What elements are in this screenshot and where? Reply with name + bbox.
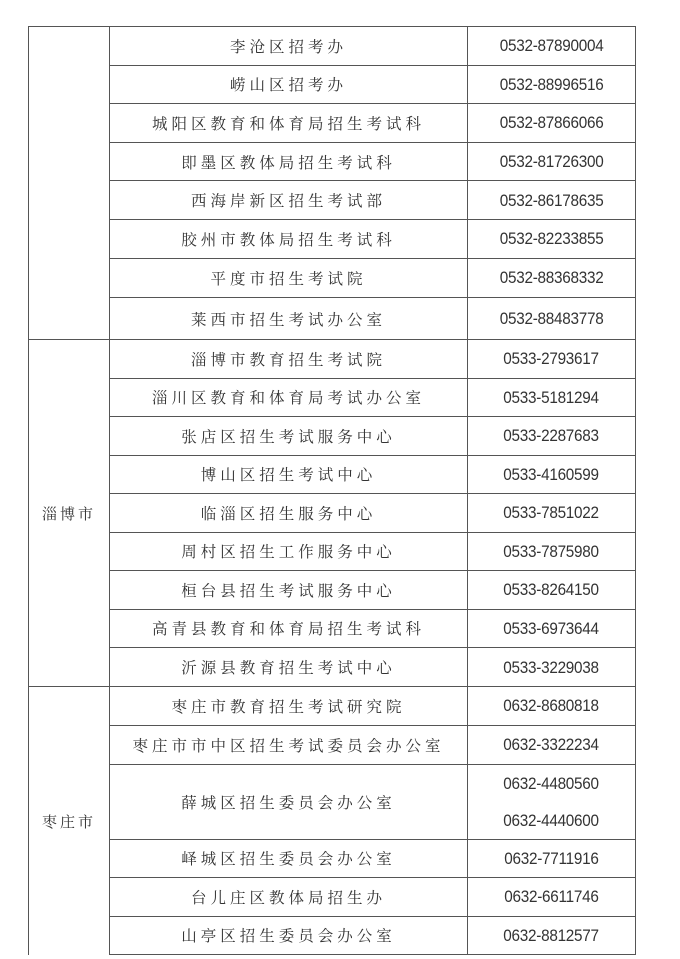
organization-name: 李沧区招考办	[110, 27, 468, 65]
contact-table: 李沧区招考办0532-87890004崂山区招考办0532-88996516城阳…	[28, 26, 636, 955]
phone-cell: 0632-6611746	[468, 878, 635, 916]
table-row: 周村区招生工作服务中心0533-7875980	[110, 533, 636, 572]
phone-number: 0532-81726300	[500, 143, 604, 180]
table-row: 城阳区教育和体育局招生考试科0532-87866066	[110, 104, 636, 143]
city-group: 李沧区招考办0532-87890004崂山区招考办0532-88996516城阳…	[28, 26, 636, 339]
phone-number: 0632-7711916	[504, 840, 598, 877]
organization-name: 台儿庄区教体局招生办	[110, 878, 468, 916]
phone-cell: 0533-3229038	[468, 648, 635, 686]
organization-name: 崂山区招考办	[110, 66, 468, 104]
organization-name: 山亭区招生委员会办公室	[110, 917, 468, 955]
phone-number: 0632-4440600	[504, 802, 599, 839]
phone-number: 0632-8812577	[504, 917, 599, 954]
organization-name: 城阳区教育和体育局招生考试科	[110, 104, 468, 142]
organization-name: 胶州市教体局招生考试科	[110, 220, 468, 258]
table-row: 薛城区招生委员会办公室0632-44805600632-4440600	[110, 765, 636, 840]
phone-number: 0533-2793617	[504, 340, 599, 377]
table-row: 沂源县教育招生考试中心0533-3229038	[110, 648, 636, 686]
organization-name: 淄川区教育和体育局考试办公室	[110, 379, 468, 417]
table-row: 胶州市教体局招生考试科0532-82233855	[110, 220, 636, 259]
city-group: 枣庄市枣庄市教育招生考试研究院0632-8680818枣庄市市中区招生考试委员会…	[28, 686, 636, 955]
phone-number: 0532-86178635	[500, 182, 604, 219]
table-row: 临淄区招生服务中心0533-7851022	[110, 494, 636, 533]
phone-number: 0532-82233855	[500, 220, 604, 257]
phone-number: 0532-88368332	[500, 259, 604, 296]
table-row: 崂山区招考办0532-88996516	[110, 66, 636, 105]
organization-name: 沂源县教育招生考试中心	[110, 648, 468, 686]
organization-name: 淄博市教育招生考试院	[110, 340, 468, 378]
phone-number: 0632-6611746	[504, 878, 598, 915]
table-row: 西海岸新区招生考试部0532-86178635	[110, 181, 636, 220]
table-row: 桓台县招生考试服务中心0533-8264150	[110, 571, 636, 610]
organization-name: 莱西市招生考试办公室	[110, 298, 468, 339]
phone-number: 0632-3322234	[504, 726, 599, 763]
phone-number: 0532-87866066	[500, 104, 604, 141]
phone-number: 0533-7875980	[504, 533, 599, 570]
table-row: 张店区招生考试服务中心0533-2287683	[110, 417, 636, 456]
phone-cell: 0533-7875980	[468, 533, 635, 571]
phone-number: 0532-88996516	[500, 66, 604, 103]
phone-cell: 0632-8812577	[468, 917, 635, 955]
table-row: 淄川区教育和体育局考试办公室0533-5181294	[110, 379, 636, 418]
city-cell	[29, 27, 110, 339]
phone-cell: 0533-2793617	[468, 340, 635, 378]
phone-cell: 0532-88996516	[468, 66, 635, 104]
phone-number: 0533-6973644	[504, 610, 599, 647]
city-group: 淄博市淄博市教育招生考试院0533-2793617淄川区教育和体育局考试办公室0…	[28, 339, 636, 686]
organization-name: 薛城区招生委员会办公室	[110, 765, 468, 839]
organization-name: 枣庄市市中区招生考试委员会办公室	[110, 726, 468, 764]
organization-name: 博山区招生考试中心	[110, 456, 468, 494]
table-row: 高青县教育和体育局招生考试科0533-6973644	[110, 610, 636, 649]
phone-number: 0533-5181294	[504, 379, 599, 416]
table-row: 枣庄市市中区招生考试委员会办公室0632-3322234	[110, 726, 636, 765]
table-row: 淄博市教育招生考试院0533-2793617	[110, 340, 636, 379]
phone-cell: 0533-6973644	[468, 610, 635, 648]
table-row: 峄城区招生委员会办公室0632-7711916	[110, 840, 636, 879]
phone-number: 0533-8264150	[504, 571, 599, 608]
table-row: 李沧区招考办0532-87890004	[110, 27, 636, 66]
phone-cell: 0632-7711916	[468, 840, 635, 878]
phone-cell: 0532-82233855	[468, 220, 635, 258]
organization-name: 平度市招生考试院	[110, 259, 468, 298]
phone-number: 0632-8680818	[504, 687, 599, 724]
phone-number: 0533-7851022	[504, 494, 599, 531]
organization-name: 临淄区招生服务中心	[110, 494, 468, 532]
table-row: 平度市招生考试院0532-88368332	[110, 259, 636, 299]
city-cell: 淄博市	[29, 340, 110, 686]
phone-cell: 0532-88368332	[468, 259, 635, 298]
phone-cell: 0632-44805600632-4440600	[468, 765, 635, 839]
phone-number: 0533-2287683	[504, 417, 599, 454]
table-row: 台儿庄区教体局招生办0632-6611746	[110, 878, 636, 917]
phone-cell: 0532-86178635	[468, 181, 635, 219]
table-row: 山亭区招生委员会办公室0632-8812577	[110, 917, 636, 956]
phone-number: 0632-4480560	[504, 765, 599, 802]
table-row: 莱西市招生考试办公室0532-88483778	[110, 298, 636, 339]
phone-cell: 0532-81726300	[468, 143, 635, 181]
organization-name: 即墨区教体局招生考试科	[110, 143, 468, 181]
organization-name: 张店区招生考试服务中心	[110, 417, 468, 455]
organization-name: 周村区招生工作服务中心	[110, 533, 468, 571]
phone-cell: 0533-4160599	[468, 456, 635, 494]
phone-cell: 0632-3322234	[468, 726, 635, 764]
organization-name: 高青县教育和体育局招生考试科	[110, 610, 468, 648]
table-row: 即墨区教体局招生考试科0532-81726300	[110, 143, 636, 182]
phone-cell: 0533-7851022	[468, 494, 635, 532]
organization-name: 峄城区招生委员会办公室	[110, 840, 468, 878]
organization-name: 枣庄市教育招生考试研究院	[110, 687, 468, 725]
phone-cell: 0532-87866066	[468, 104, 635, 142]
phone-cell: 0632-8680818	[468, 687, 635, 725]
phone-number: 0532-88483778	[500, 300, 604, 337]
phone-number: 0533-3229038	[504, 649, 599, 686]
phone-number: 0532-87890004	[500, 27, 604, 64]
phone-cell: 0532-88483778	[468, 298, 635, 339]
phone-number: 0533-4160599	[504, 456, 599, 493]
phone-cell: 0532-87890004	[468, 27, 635, 65]
table-row: 博山区招生考试中心0533-4160599	[110, 456, 636, 495]
organization-name: 西海岸新区招生考试部	[110, 181, 468, 219]
phone-cell: 0533-8264150	[468, 571, 635, 609]
city-cell: 枣庄市	[29, 687, 110, 955]
phone-cell: 0533-5181294	[468, 379, 635, 417]
table-row: 枣庄市教育招生考试研究院0632-8680818	[110, 687, 636, 726]
phone-cell: 0533-2287683	[468, 417, 635, 455]
organization-name: 桓台县招生考试服务中心	[110, 571, 468, 609]
